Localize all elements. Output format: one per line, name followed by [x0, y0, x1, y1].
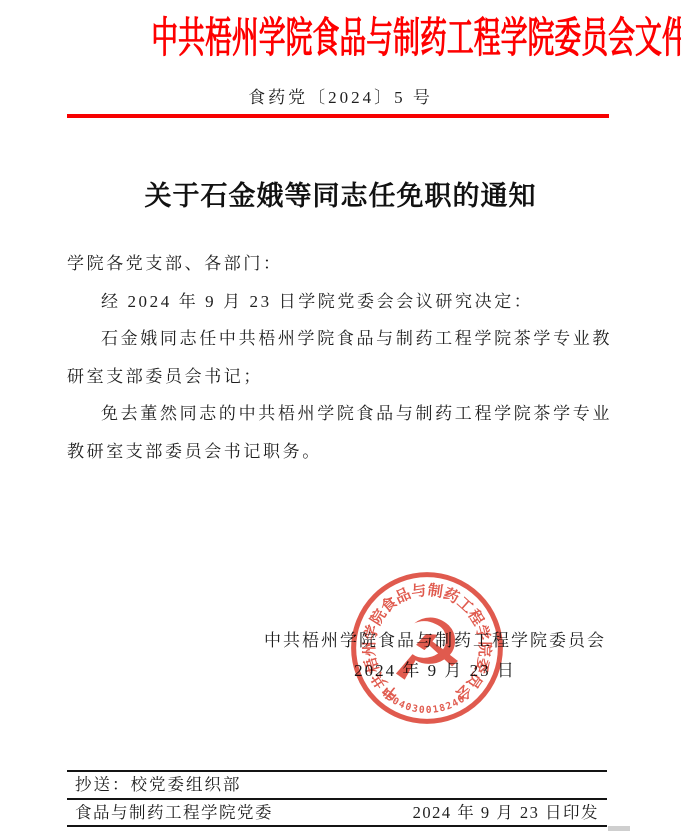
seal-serial-text-path: 4504030018240 — [378, 687, 468, 716]
official-document-page: 中共梧州学院食品与制药工程学院委员会文件 食药党〔2024〕5 号 关于石金娥等… — [0, 0, 681, 831]
document-number: 食药党〔2024〕5 号 — [0, 83, 681, 108]
body-paragraph: 石金娥同志任中共梧州学院食品与制药工程学院茶学专业教研室支部委员会书记； — [67, 320, 612, 395]
footer-issuer-row: 食品与制药工程学院党委 2024 年 9 月 23 日印发 — [67, 800, 607, 825]
body-paragraph: 免去董然同志的中共梧州学院食品与制药工程学院茶学专业教研室支部委员会书记职务。 — [67, 395, 612, 470]
signature-date: 2024 年 9 月 23 日 — [260, 656, 610, 686]
signature-org: 中共梧州学院食品与制药工程学院委员会 — [260, 626, 610, 656]
notice-body: 学院各党支部、各部门： 经 2024 年 9 月 23 日学院党委会会议研究决定… — [67, 245, 612, 470]
footer-rule-bottom — [67, 825, 607, 827]
footer-print-date: 2024 年 9 月 23 日印发 — [413, 800, 599, 825]
red-divider-rule — [67, 114, 609, 118]
letterhead-title: 中共梧州学院食品与制药工程学院委员会文件 — [151, 14, 681, 64]
seal-serial-number: 4504030018240 — [378, 687, 468, 716]
footer-cc-line: 抄送：校党委组织部 — [75, 772, 242, 798]
letterhead: 中共梧州学院食品与制药工程学院委员会文件 — [0, 14, 681, 64]
body-paragraph: 经 2024 年 9 月 23 日学院党委会会议研究决定： — [67, 283, 612, 321]
signature-block: 中共梧州学院食品与制药工程学院委员会 2024 年 9 月 23 日 — [260, 626, 610, 686]
scan-artifact — [608, 826, 630, 831]
notice-title: 关于石金娥等同志任免职的通知 — [0, 174, 681, 213]
salutation: 学院各党支部、各部门： — [67, 245, 612, 283]
footer-issuer: 食品与制药工程学院党委 — [75, 800, 273, 825]
